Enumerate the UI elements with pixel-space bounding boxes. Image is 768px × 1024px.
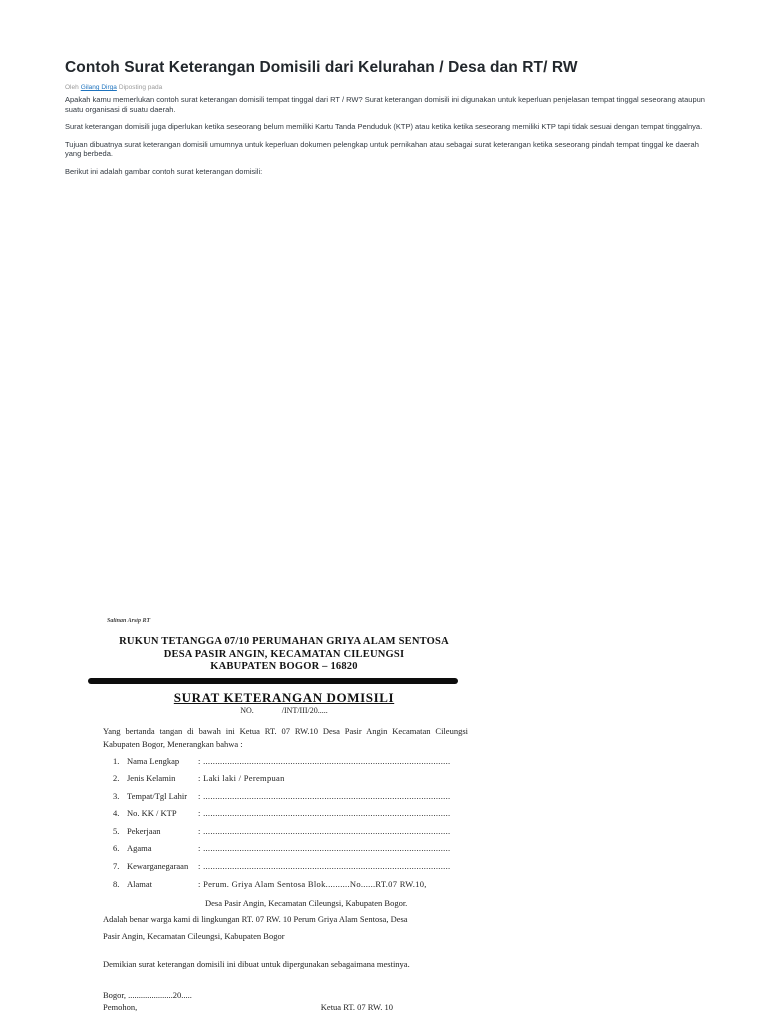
field-number: 5. (113, 826, 127, 836)
field-label: Agama (127, 843, 198, 853)
letter-scan-image: Salinan Arsip RT RUKUN TETANGGA 07/10 PE… (95, 618, 473, 1012)
date-line: Bogor, .....................20..... (103, 988, 473, 1002)
field-row-kewarganegaraan: 7. Kewarganegaraan : ...................… (95, 861, 473, 879)
archive-note: Salinan Arsip RT (107, 618, 473, 624)
field-number: 2. (113, 773, 127, 783)
letterhead-line: KABUPATEN BOGOR – 16820 (95, 661, 473, 674)
field-row-nama-lengkap: 1. Nama Lengkap : ......................… (95, 756, 473, 774)
intro-paragraph: Apakah kamu memerlukan contoh surat kete… (65, 95, 713, 114)
letterhead: RUKUN TETANGGA 07/10 PERUMAHAN GRIYA ALA… (95, 636, 473, 674)
letter-title: SURAT KETERANGAN DOMISILI (95, 690, 473, 706)
field-number: 1. (113, 756, 127, 766)
field-label: Kewarganegaraan (127, 861, 198, 871)
letter-number: NO. /INT/III/20..... (95, 706, 473, 715)
letterhead-line: DESA PASIR ANGIN, KECAMATAN CILEUNGSI (95, 649, 473, 662)
letterhead-line: RUKUN TETANGGA 07/10 PERUMAHAN GRIYA ALA… (95, 636, 473, 649)
field-label: Nama Lengkap (127, 756, 198, 766)
byline-posted: Diposting pada (119, 84, 162, 91)
field-row-pekerjaan: 5. Pekerjaan : .........................… (95, 826, 473, 844)
field-number: 3. (113, 791, 127, 801)
signature-applicant: Pemohon, (103, 1002, 137, 1012)
letter-opening: Yang bertanda tangan di bawah ini Ketua … (103, 725, 468, 751)
address-continuation: Desa Pasir Angin, Kecamatan Cileungsi, K… (205, 896, 473, 911)
field-label: No. KK / KTP (127, 808, 198, 818)
usage-paragraph: Surat keterangan domisili juga diperluka… (65, 122, 713, 132)
field-row-jenis-kelamin: 2. Jenis Kelamin : Laki laki / Perempuan (95, 773, 473, 791)
letter-fields: 1. Nama Lengkap : ......................… (95, 756, 473, 897)
field-value: : ......................................… (198, 843, 473, 853)
confirmation-line: Pasir Angin, Kecamatan Cileungsi, Kabupa… (103, 928, 473, 945)
field-value: : ......................................… (198, 861, 473, 871)
field-value: : Perum. Griya Alam Sentosa Blok........… (198, 879, 473, 889)
field-value: : Laki laki / Perempuan (198, 773, 473, 783)
field-number: 7. (113, 861, 127, 871)
author-link[interactable]: Gilang Dirga (81, 84, 117, 91)
field-label: Pekerjaan (127, 826, 198, 836)
purpose-paragraph: Tujuan dibuatnya surat keterangan domisi… (65, 140, 713, 159)
field-label: Alamat (127, 879, 198, 889)
article-page: Contoh Surat Keterangan Domisili dari Ke… (65, 58, 713, 185)
signature-row: Pemohon, Ketua RT. 07 RW. 10 (95, 1002, 473, 1012)
letterhead-rule (88, 678, 458, 684)
field-row-tempat-tgl-lahir: 3. Tempat/Tgl Lahir : ..................… (95, 791, 473, 809)
field-row-agama: 6. Agama : .............................… (95, 843, 473, 861)
field-label: Jenis Kelamin (127, 773, 198, 783)
field-value: : ......................................… (198, 808, 473, 818)
field-value: : ......................................… (198, 826, 473, 836)
field-number: 8. (113, 879, 127, 889)
field-row-alamat: 8. Alamat : Perum. Griya Alam Sentosa Bl… (95, 879, 473, 897)
field-value: : ......................................… (198, 791, 473, 801)
lead-in-paragraph: Berikut ini adalah gambar contoh surat k… (65, 167, 713, 177)
confirmation-line: Adalah benar warga kami di lingkungan RT… (103, 911, 473, 928)
byline: OlehGilang DirgaDiposting pada (65, 84, 713, 92)
byline-prefix: Oleh (65, 84, 79, 91)
letter-closing: Demikian surat keterangan domisili ini d… (103, 959, 473, 969)
page-title: Contoh Surat Keterangan Domisili dari Ke… (65, 58, 713, 78)
field-value: : ......................................… (198, 756, 473, 766)
field-row-no-kk-ktp: 4. No. KK / KTP : ......................… (95, 808, 473, 826)
field-label: Tempat/Tgl Lahir (127, 791, 198, 801)
field-number: 6. (113, 843, 127, 853)
signature-rt-head: Ketua RT. 07 RW. 10 (321, 1002, 393, 1012)
field-number: 4. (113, 808, 127, 818)
